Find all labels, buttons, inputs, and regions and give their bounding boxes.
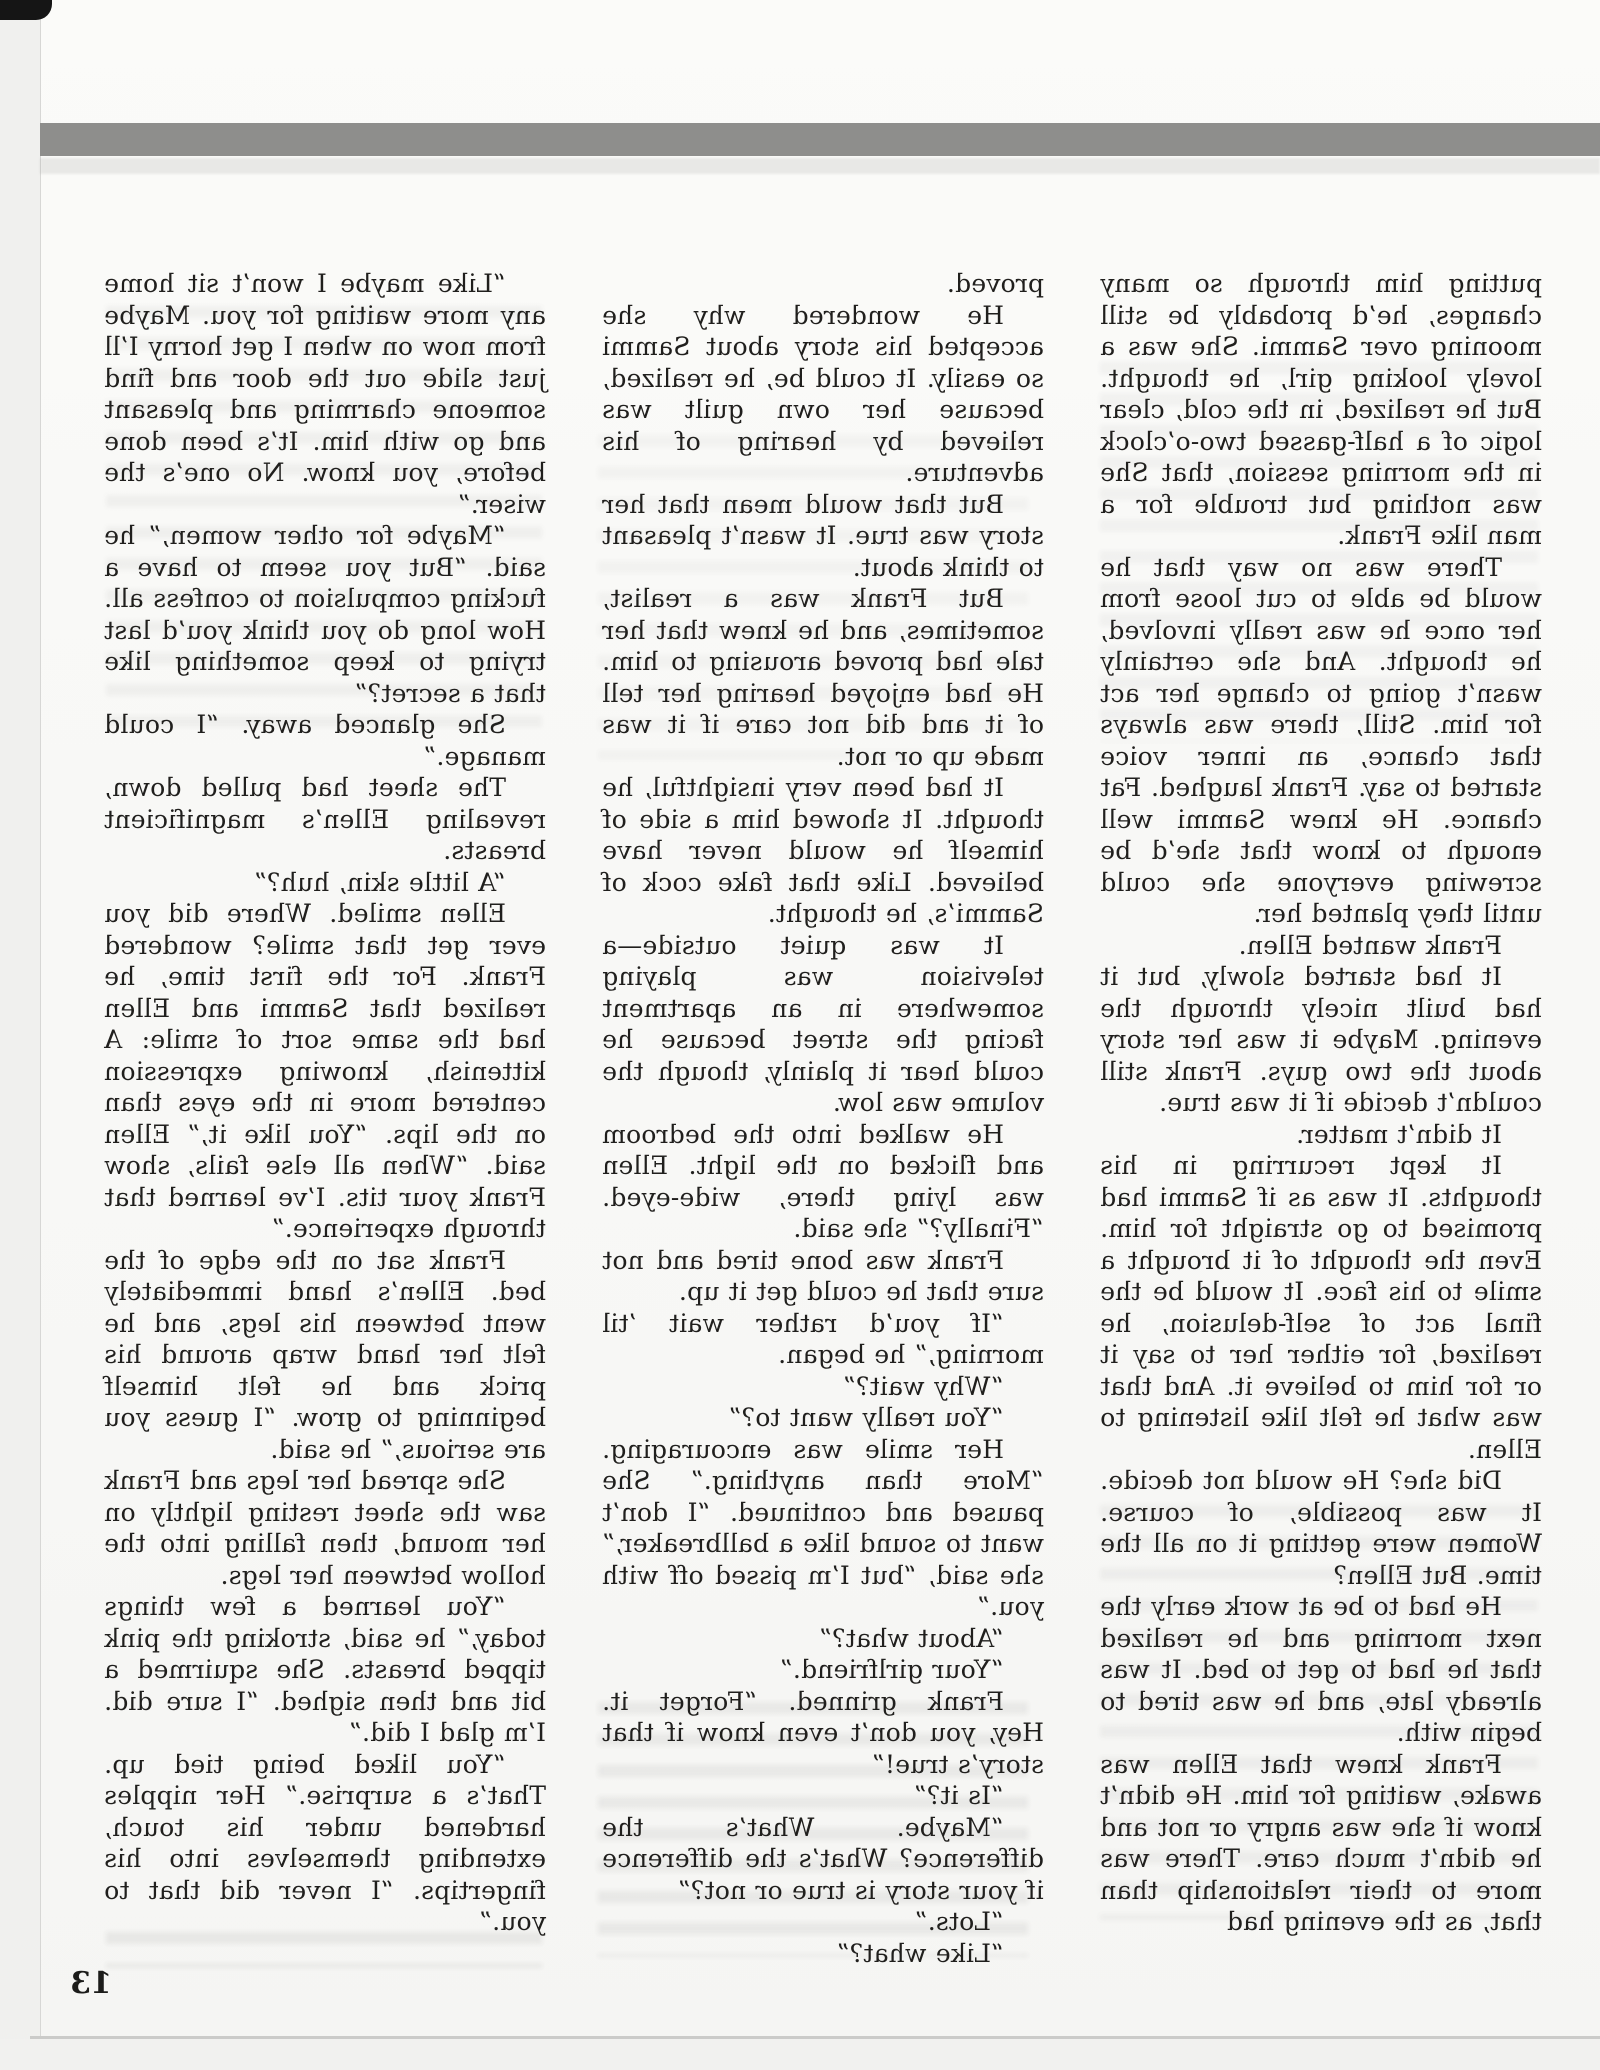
paragraph: The sheet had pulled down, revealing Ell… bbox=[104, 772, 546, 867]
paragraph: Frank sat on the edge of the bed. Ellen’… bbox=[104, 1245, 546, 1466]
paragraph: But that would mean that her story was t… bbox=[602, 489, 1044, 584]
paragraph: “Like maybe I won’t sit home any more wa… bbox=[104, 268, 546, 520]
paragraph: “You liked being tied up. That’s a surpr… bbox=[104, 1749, 546, 1938]
paragraph: proved. bbox=[602, 268, 1044, 300]
paragraph: “Maybe for other women,” he said. “But y… bbox=[104, 520, 546, 709]
paragraph: Did she? He would not decide. It was pos… bbox=[1100, 1465, 1542, 1591]
paragraph: It had started slowly, but it had built … bbox=[1100, 961, 1542, 1119]
paragraph: She glanced away. “I could manage.” bbox=[104, 709, 546, 772]
paragraph: Her smile was encouraging. “More than an… bbox=[602, 1434, 1044, 1623]
page-edge-strip bbox=[0, 0, 41, 2070]
text-columns: putting him through so many changes, he’… bbox=[104, 268, 1542, 1969]
paragraph: Frank grinned. “Forget it. Hey, you don’… bbox=[602, 1686, 1044, 1781]
paragraph: “Why wait?” bbox=[602, 1371, 1044, 1403]
column-3: “Like maybe I won’t sit home any more wa… bbox=[104, 268, 546, 1969]
paragraph: But Frank was a realist, sometimes, and … bbox=[602, 583, 1044, 772]
paragraph: “About what?” bbox=[602, 1623, 1044, 1655]
paragraph: He had to be at work early the next morn… bbox=[1100, 1591, 1542, 1749]
corner-mark bbox=[0, 0, 52, 20]
paragraph: “Is it?” bbox=[602, 1780, 1044, 1812]
paragraph: “Maybe. What’s the difference? What’s th… bbox=[602, 1812, 1044, 1907]
scan-smudge-artifact bbox=[40, 158, 1600, 174]
paragraph: It kept recurring in his thoughts. It wa… bbox=[1100, 1150, 1542, 1465]
paragraph: “Like what?” bbox=[602, 1938, 1044, 1970]
column-2: proved.He wondered why she accepted his … bbox=[602, 268, 1044, 1969]
paragraph: Frank was bone tired and not sure that h… bbox=[602, 1245, 1044, 1308]
paragraph: Ellen smiled. Where did you ever get tha… bbox=[104, 898, 546, 1245]
paragraph: “You learned a few things today,” he sai… bbox=[104, 1591, 546, 1749]
paragraph: It was quiet outside—a television was pl… bbox=[602, 930, 1044, 1119]
paragraph: He walked into the bedroom and flicked o… bbox=[602, 1119, 1044, 1245]
paragraph: Frank knew that Ellen was awake, waiting… bbox=[1100, 1749, 1542, 1938]
paragraph: She spread her legs and Frank saw the sh… bbox=[104, 1465, 546, 1591]
paragraph: putting him through so many changes, he’… bbox=[1100, 268, 1542, 552]
page-number: 13 bbox=[70, 1966, 112, 2001]
scanner-background bbox=[0, 2039, 1600, 2070]
paragraph: “Your girlfriend.” bbox=[602, 1654, 1044, 1686]
paragraph: It didn’t matter. bbox=[1100, 1119, 1542, 1151]
paragraph: It had been very insightful, he thought.… bbox=[602, 772, 1044, 930]
scanned-page: putting him through so many changes, he’… bbox=[0, 0, 1600, 2070]
paragraph: There was no way that he would be able t… bbox=[1100, 552, 1542, 930]
paragraph: “A little skin, huh?” bbox=[104, 867, 546, 899]
paragraph: “Lots.” bbox=[602, 1906, 1044, 1938]
scan-bar-artifact bbox=[40, 123, 1600, 156]
paragraph: “You really want to?” bbox=[602, 1402, 1044, 1434]
paragraph: “If you’d rather wait ’til morning,” he … bbox=[602, 1308, 1044, 1371]
paragraph: Frank wanted Ellen. bbox=[1100, 930, 1542, 962]
column-1: putting him through so many changes, he’… bbox=[1100, 268, 1542, 1969]
paragraph: He wondered why she accepted his story a… bbox=[602, 300, 1044, 489]
